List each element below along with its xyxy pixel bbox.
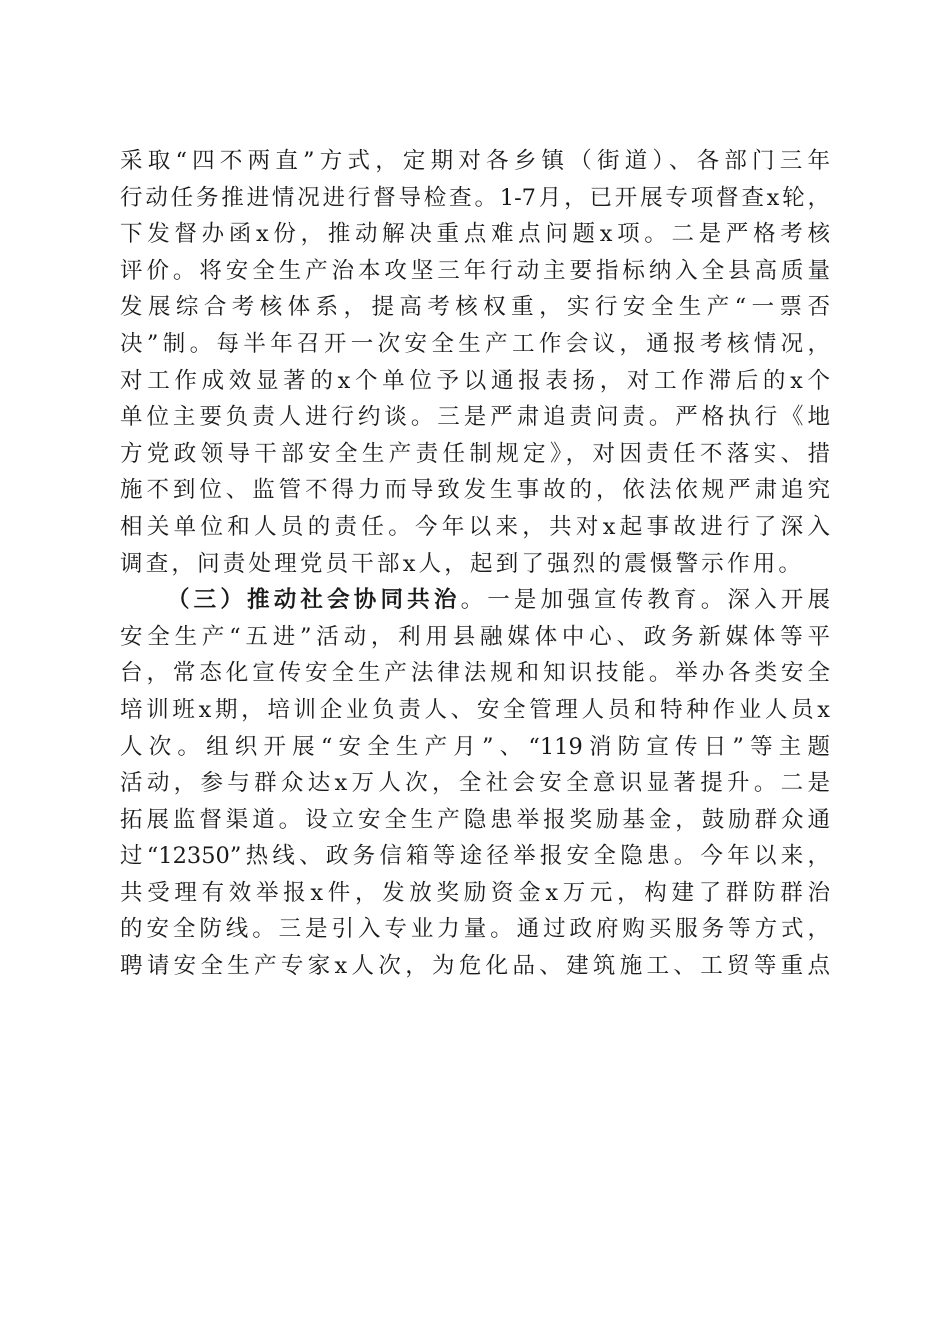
text-line: 下发督办函x份，推动解决重点难点问题x项。二是严格考核 [120, 216, 830, 253]
text-line: 台，常态化宣传安全生产法律法规和知识技能。举办各类安全 [120, 655, 830, 692]
text-line: 人次。组织开展“安全生产月”、“119消防宣传日”等主题 [120, 729, 830, 766]
text-line: 对工作成效显著的x个单位予以通报表扬，对工作滞后的x个 [120, 363, 830, 400]
document-body: 采取“四不两直”方式，定期对各乡镇（街道）、各部门三年 行动任务推进情况进行督导… [120, 143, 830, 985]
section-heading: （三）推动社会协同共治 [167, 587, 461, 613]
text-line: 共受理有效举报x件，发放奖励资金x万元，构建了群防群治 [120, 875, 830, 912]
text-line: 方党政领导干部安全生产责任制规定》，对因责任不落实、措 [120, 436, 830, 473]
text-line: 相关单位和人员的责任。今年以来，共对x起事故进行了深入 [120, 509, 830, 546]
text-line: 聘请安全生产专家x人次，为危化品、建筑施工、工贸等重点 [120, 948, 830, 985]
text-line: 调查，问责处理党员干部x人，起到了强烈的震慑警示作用。 [120, 546, 830, 583]
heading-line-rest: 。一是加强宣传教育。深入开展 [461, 587, 830, 613]
text-line: 行动任务推进情况进行督导检查。1-7月，已开展专项督查x轮， [120, 180, 830, 217]
text-line: 安全生产“五进”活动，利用县融媒体中心、政务新媒体等平 [120, 619, 830, 656]
text-line: 过“12350”热线、政务信箱等途径举报安全隐患。今年以来， [120, 838, 830, 875]
text-line: 活动，参与群众达x万人次，全社会安全意识显著提升。二是 [120, 765, 830, 802]
paragraph-supervision: 采取“四不两直”方式，定期对各乡镇（街道）、各部门三年 行动任务推进情况进行督导… [120, 143, 830, 582]
text-line: 的安全防线。三是引入专业力量。通过政府购买服务等方式， [120, 911, 830, 948]
text-line: 评价。将安全生产治本攻坚三年行动主要指标纳入全县高质量 [120, 253, 830, 290]
text-line: 发展综合考核体系，提高考核权重，实行安全生产“一票否 [120, 289, 830, 326]
text-line: 决”制。每半年召开一次安全生产工作会议，通报考核情况， [120, 326, 830, 363]
text-line: 采取“四不两直”方式，定期对各乡镇（街道）、各部门三年 [120, 143, 830, 180]
document-page: 采取“四不两直”方式，定期对各乡镇（街道）、各部门三年 行动任务推进情况进行督导… [0, 0, 950, 1344]
text-line: 拓展监督渠道。设立安全生产隐患举报奖励基金，鼓励群众通 [120, 802, 830, 839]
text-line: 施不到位、监管不得力而导致发生事故的，依法依规严肃追究 [120, 472, 830, 509]
text-line: 培训班x期，培训企业负责人、安全管理人员和特种作业人员x [120, 692, 830, 729]
text-line: 单位主要负责人进行约谈。三是严肃追责问责。严格执行《地 [120, 399, 830, 436]
text-line: （三）推动社会协同共治。一是加强宣传教育。深入开展 [120, 582, 830, 619]
paragraph-social-governance: （三）推动社会协同共治。一是加强宣传教育。深入开展 安全生产“五进”活动，利用县… [120, 582, 830, 985]
